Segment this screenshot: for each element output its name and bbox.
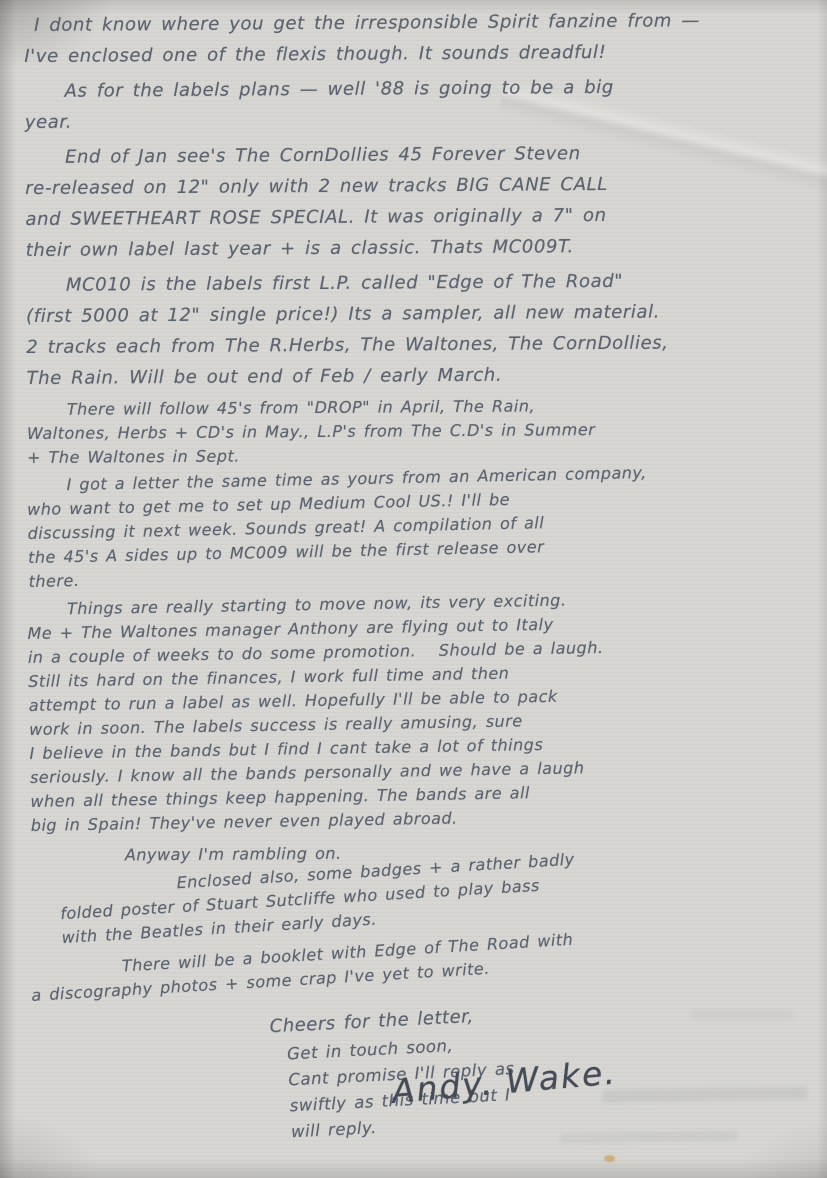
paragraph: As for the labels plans — well '88 is go… xyxy=(24,71,809,138)
paragraph: Things are really starting to move now, … xyxy=(27,584,816,838)
paragraph: MC010 is the labels first L.P. called "E… xyxy=(26,265,812,394)
paragraph: I dont know where you get the irresponsi… xyxy=(24,5,809,72)
letter-line: year. xyxy=(25,102,810,138)
paragraph: There will follow 45's from "DROP" in Ap… xyxy=(27,393,812,470)
letter-page: I dont know where you get the irresponsi… xyxy=(0,0,827,1178)
letter-line: The Rain. Will be out end of Feb / early… xyxy=(26,358,811,394)
letter-line: I dont know where you get the irresponsi… xyxy=(24,5,809,41)
letter-line: I've enclosed one of the flexis though. … xyxy=(24,36,809,72)
letter-line: their own label last year + is a classic… xyxy=(26,230,811,266)
paper-stain xyxy=(604,1155,615,1162)
letter-body: I dont know where you get the irresponsi… xyxy=(24,5,817,1148)
paragraph: End of Jan see's The CornDollies 45 Fore… xyxy=(25,137,811,266)
paragraph: I got a letter the same time as yours fr… xyxy=(26,458,813,594)
